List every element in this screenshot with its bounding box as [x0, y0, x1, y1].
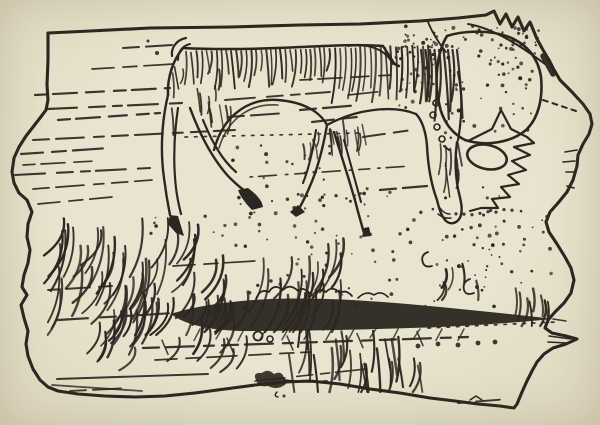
- engraving-plate: [0, 0, 600, 425]
- bone-striation-lines: [15, 45, 556, 403]
- dark-lens-mark: [171, 298, 566, 340]
- book-page: [0, 0, 600, 425]
- engraving-illustration: [0, 0, 600, 425]
